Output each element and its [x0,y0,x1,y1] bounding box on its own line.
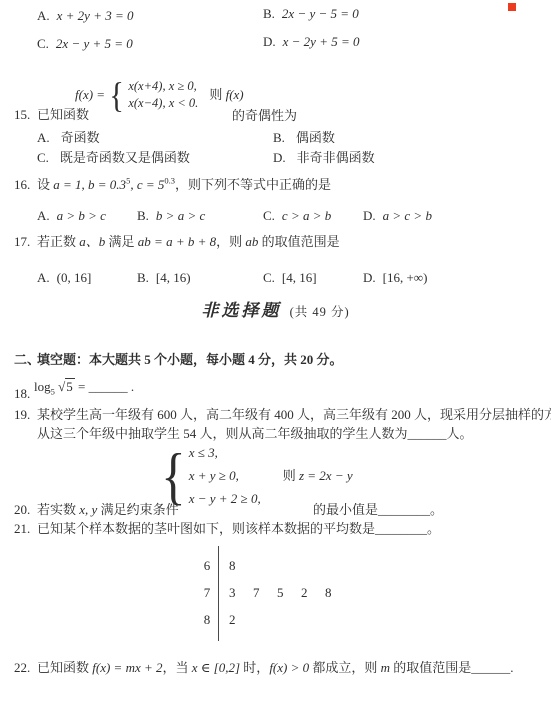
constraint-3: x − y + 2 ≥ 0, [189,487,261,510]
option-label: D. [363,270,376,285]
radicand: 5 [65,378,75,394]
part-title: 填空题：本大题共 5 个小题，每小题 4 分，共 20 分。 [37,352,343,367]
leaf: 8 [229,552,253,579]
stem-value: 8 [196,606,218,633]
leaf: 3 [229,579,253,606]
math-part: , c = 5 [130,177,164,192]
plot-bottom-cap [196,633,349,641]
option-text: 偶函数 [296,130,335,145]
question-number: 15. [14,107,37,123]
prev-option-c: C.2x − y + 5 = 0 [37,36,133,52]
q16-option-a: A.a > b > c [37,208,106,224]
stem-value: 7 [196,579,218,606]
option-label: D. [263,34,276,49]
question-number: 16. [14,177,37,193]
q18-expression: log5 √5 = ______ . [34,379,134,395]
question-number: 19. [14,407,37,423]
math-part: x ∈ [0,2] [192,660,240,675]
stem-text: 的取值范围是 [258,234,339,249]
case-line-2: x(x−4), x < 0. [128,95,198,112]
math-part: m [381,660,390,675]
leaf: 7 [253,579,277,606]
stem-text: 若实数 [37,502,79,517]
q16-option-c: C.c > a > b [263,208,331,224]
q17-option-c: C.[4, 16] [263,270,317,286]
then-text: 则 [209,87,222,102]
leaf: 5 [277,579,301,606]
math-part: a = 1, b = 0.3 [53,177,126,192]
q15-option-d: D.非奇非偶函数 [273,150,375,166]
q17-option-b: B.[4, 16) [137,270,191,286]
math-part: f(x) = mx + 2 [92,660,162,675]
leaf-values: 37528 [218,579,349,606]
constraint-2: x + y ≥ 0, [189,464,261,487]
constraint-1: x ≤ 3, [189,441,261,464]
answer-blank: ______. [471,660,513,675]
option-formula: x − 2y + 5 = 0 [283,34,360,49]
option-label: C. [263,270,275,285]
option-text: 奇函数 [61,130,100,145]
option-label: A. [37,208,50,223]
option-label: B. [137,208,149,223]
option-formula: 2x − y + 5 = 0 [56,36,133,51]
q15-piecewise-formula: f(x) = { x(x+4), x ≥ 0, x(x−4), x < 0. 则… [75,77,244,113]
option-text: 非奇非偶函数 [297,150,375,165]
option-label: A. [37,8,50,23]
objective-function: z = 2x − y [299,468,353,483]
option-text: [4, 16] [282,270,317,285]
q15-option-c: C.既是奇函数又是偶函数 [37,150,190,166]
option-text: 既是奇函数又是偶函数 [60,150,190,165]
option-text: a > c > b [383,208,432,223]
q15-stem-suffix: 的奇偶性为 [232,108,297,124]
math-part: a、b [79,234,105,249]
math-part: ab [245,234,258,249]
red-marker [508,3,516,11]
left-brace: { [161,444,186,508]
case-line-1: x(x+4), x ≥ 0, [128,78,198,95]
function-lhs: f(x) = [75,87,105,103]
objective-clause: 则 z = 2x − y [283,468,353,484]
option-label: D. [363,208,376,223]
part-number: 二、 [14,352,37,368]
section-title: 非选择题 [201,301,281,320]
leaf-values: 2 [218,606,348,633]
section-score: (共 49 分) [290,305,350,319]
stem-leaf-row: 7 37528 [196,579,349,606]
stem-text: ，当 [163,660,192,675]
answer-blank: = ______ . [75,379,134,394]
stem-prefix: 已知函数 [37,107,89,122]
leaf-values: 8 [218,552,348,579]
option-label: A. [37,270,50,285]
q20-constraint-system: { x ≤ 3, x + y ≥ 0, x − y + 2 ≥ 0, 则 z =… [158,441,353,510]
stem-text: 已知某个样本数据的茎叶图如下，则该样本数据的平均数是________。 [37,521,440,536]
stem-text: 的取值范围是 [390,660,471,675]
stem-text: 已知函数 [37,660,92,675]
question-number: 22. [14,660,37,676]
stem-text: 设 [37,177,53,192]
q15-option-b: B.偶函数 [273,130,335,146]
math-part: ab = a + b + 8 [138,234,216,249]
prev-option-d: D.x − 2y + 5 = 0 [263,34,360,50]
prev-option-a: A.x + 2y + 3 = 0 [37,8,134,24]
option-label: D. [273,150,286,165]
option-formula: x + 2y + 3 = 0 [57,8,134,23]
stem-text: 某校学生高一年级有 600 人，高二年级有 400 人，高三年级有 200 人，… [37,407,551,422]
q19-line-2: 从这三个年级中抽取学生 54 人，则从高二年级抽取的学生人数为______人。 [37,426,473,442]
q17-option-a: A.(0, 16] [37,270,91,286]
stem-leaf-plot: 6 8 7 37528 8 2 [196,546,349,641]
then-text: 则 [283,468,299,483]
stem-leaf-row: 6 8 [196,552,349,579]
q17-stem: 17.若正数 a、b 满足 ab = a + b + 8，则 ab 的取值范围是 [14,234,340,250]
q15-option-a: A.奇函数 [37,130,100,146]
stem-text: 时， [240,660,269,675]
option-label: B. [273,130,285,145]
piecewise-cases: x(x+4), x ≥ 0, x(x−4), x < 0. [128,78,198,112]
q16-option-b: B.b > a > c [137,208,205,224]
question-number: 20. [14,502,37,518]
stem-text: 满足约束条件 [97,502,178,517]
constraint-lines: x ≤ 3, x + y ≥ 0, x − y + 2 ≥ 0, [189,441,261,510]
leaf-cell [218,633,348,641]
q21-stem: 21.已知某个样本数据的茎叶图如下，则该样本数据的平均数是________。 [14,521,440,537]
option-text: (0, 16] [57,270,92,285]
leaf: 2 [229,606,253,633]
option-label: B. [137,270,149,285]
q22-stem: 22.已知函数 f(x) = mx + 2，当 x ∈ [0,2] 时，f(x)… [14,660,514,676]
log-base: 5 [51,387,55,397]
stem-text: 都成立，则 [309,660,381,675]
stem-cell [196,633,218,641]
leaf: 8 [325,579,349,606]
log-text: log [34,379,51,394]
option-text: c > a > b [282,208,331,223]
q16-option-d: D.a > c > b [363,208,432,224]
fill-in-header: 二、填空题：本大题共 5 个小题，每小题 4 分，共 20 分。 [14,352,343,368]
option-label: A. [37,130,50,145]
option-text: [16, +∞) [383,270,428,285]
option-text: a > b > c [57,208,106,223]
option-text: b > a > c [156,208,205,223]
q17-option-d: D.[16, +∞) [363,270,427,286]
stem-value: 6 [196,552,218,579]
q20-stem-suffix: 的最小值是________。 [313,502,443,518]
left-brace: { [109,77,124,113]
math-part: f(x) > 0 [269,660,309,675]
stem-text: 若正数 [37,234,79,249]
option-label: C. [37,150,49,165]
leaf: 2 [301,579,325,606]
stem-text: ，则 [216,234,245,249]
option-text: [4, 16) [156,270,191,285]
prev-option-b: B.2x − y − 5 = 0 [263,6,359,22]
then-clause: 则 f(x) [209,87,243,103]
stem-leaf-row: 8 2 [196,606,349,633]
fx-text: f(x) [226,87,244,102]
q20-stem: 20.若实数 x, y 满足约束条件 [14,502,179,518]
section-header: 非选择题 (共 49 分) [0,303,551,320]
exam-page: A.x + 2y + 3 = 0 B.2x − y − 5 = 0 C.2x −… [0,0,551,719]
q16-stem: 16.设 a = 1, b = 0.35, c = 50.3，则下列不等式中正确… [14,177,331,193]
option-formula: 2x − y − 5 = 0 [282,6,359,21]
option-label: B. [263,6,275,21]
option-label: C. [263,208,275,223]
question-number: 21. [14,521,37,537]
q19-line-1: 19.某校学生高一年级有 600 人，高二年级有 400 人，高三年级有 200… [14,407,551,423]
q15-stem: 15.已知函数 [14,107,89,123]
math-part: x, y [79,502,97,517]
exponent: 0.3 [164,176,175,186]
stem-text: 满足 [105,234,138,249]
stem-text: ，则下列不等式中正确的是 [175,177,331,192]
question-number: 17. [14,234,37,250]
option-label: C. [37,36,49,51]
